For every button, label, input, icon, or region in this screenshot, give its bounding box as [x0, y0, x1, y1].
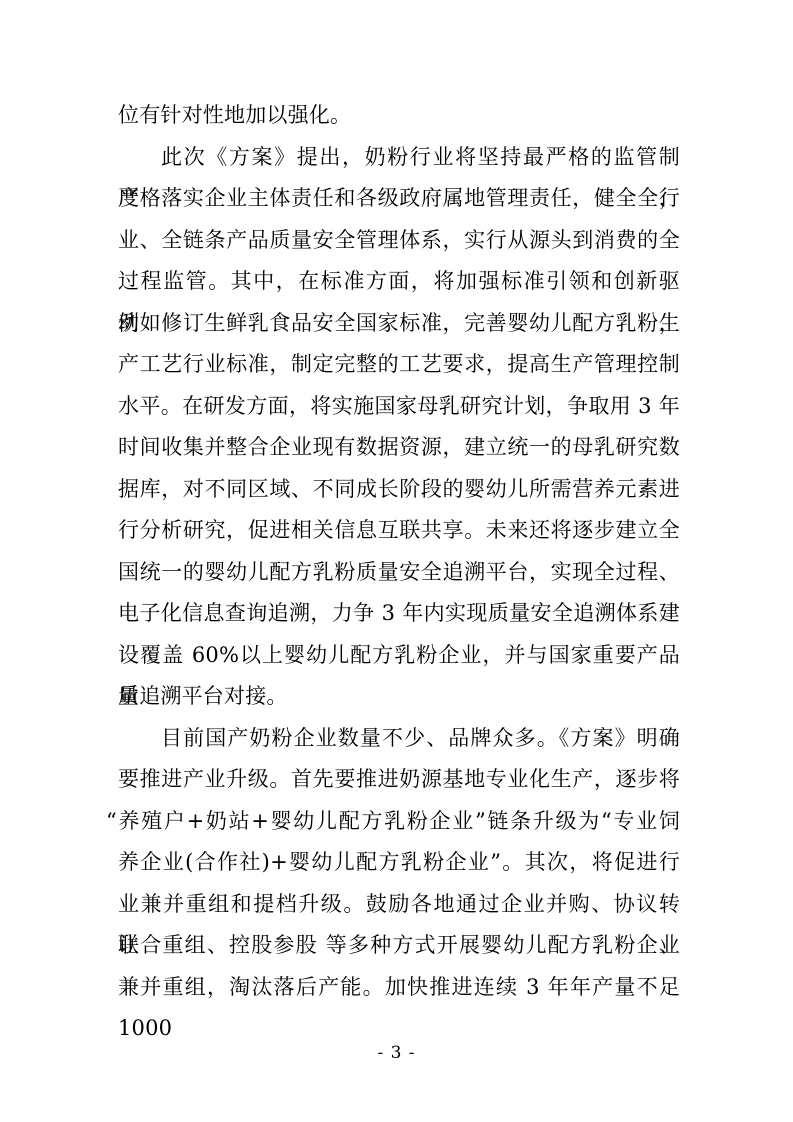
- text-line: 联合重组、控股参股 等多种方式开展婴幼儿配方乳粉企业: [118, 925, 680, 967]
- text-line: 例如修订生鲜乳食品安全国家标准，完善婴幼儿配方乳粉生: [118, 303, 680, 345]
- text-line: 业、全链条产品质量安全管理体系，实行从源头到消费的全: [118, 220, 680, 262]
- text-line: 国统一的婴幼儿配方乳粉质量安全追溯平台，实现全过程、: [118, 552, 680, 594]
- text-line: 严格落实企业主体责任和各级政府属地管理责任，健全全行: [118, 178, 680, 220]
- text-line: 此次《方案》提出，奶粉行业将坚持最严格的监管制度，: [118, 137, 680, 179]
- text-line: 行分析研究，促进相关信息互联共享。未来还将逐步建立全: [118, 510, 680, 552]
- text-line: 产工艺行业标准，制定完整的工艺要求，提高生产管理控制: [118, 344, 680, 386]
- page-number: - 3 -: [0, 1042, 793, 1064]
- text-line: 电子化信息查询追溯，力争 3 年内实现质量安全追溯体系建: [118, 593, 680, 635]
- text-line: 量追溯平台对接。: [118, 676, 680, 718]
- document-page: 位有针对性地加以强化。 此次《方案》提出，奶粉行业将坚持最严格的监管制度， 严格…: [0, 0, 793, 1122]
- text-line: 水平。在研发方面，将实施国家母乳研究计划，争取用 3 年: [118, 386, 680, 428]
- text-line: 兼并重组，淘汰落后产能。加快推进连续 3 年年产量不足 1000: [118, 967, 680, 1009]
- text-line: 养企业(合作社)+婴幼儿配方乳粉企业”。其次，将促进行: [118, 842, 680, 884]
- text-line: 位有针对性地加以强化。: [118, 95, 680, 137]
- text-line: 时间收集并整合企业现有数据资源，建立统一的母乳研究数: [118, 427, 680, 469]
- text-line: 要推进产业升级。首先要推进奶源基地专业化生产，逐步将: [118, 759, 680, 801]
- text-line: “养殖户+奶站+婴幼儿配方乳粉企业”链条升级为“专业饲: [106, 801, 680, 843]
- text-line: 据库，对不同区域、不同成长阶段的婴幼儿所需营养元素进: [118, 469, 680, 511]
- text-line: 目前国产奶粉企业数量不少、品牌众多。《方案》明确: [118, 718, 680, 760]
- text-line: 过程监管。其中，在标准方面，将加强标准引领和创新驱动，: [118, 261, 680, 303]
- text-line: 业兼并重组和提档升级。鼓励各地通过企业并购、协议转让、: [118, 884, 680, 926]
- text-line: 设覆盖 60%以上婴幼儿配方乳粉企业，并与国家重要产品质: [118, 635, 680, 677]
- document-body-text: 位有针对性地加以强化。 此次《方案》提出，奶粉行业将坚持最严格的监管制度， 严格…: [118, 95, 680, 1008]
